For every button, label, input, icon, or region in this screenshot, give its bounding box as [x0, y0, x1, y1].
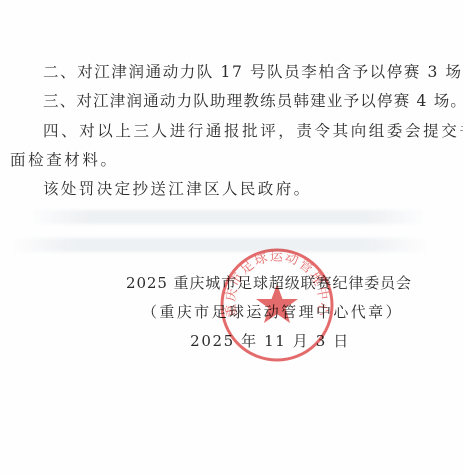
paragraph-suspension-coach: 三、对江津润通动力队助理教练员韩建业予以停赛 4 场。 — [43, 91, 463, 111]
paragraph-suspension-player: 二、对江津润通动力队 17 号队员李柏含予以停赛 3 场。 — [43, 62, 463, 82]
signature-seal-note: （重庆市足球运动管理中心代章） — [140, 302, 405, 322]
paragraph-criticism-cont: 面检查材料。 — [10, 150, 119, 170]
signature-issuer: 2025 重庆城市足球超级联赛纪律委员会 — [124, 273, 414, 293]
paragraph-copy-to: 该处罚决定抄送江津区人民政府。 — [43, 179, 312, 199]
signature-date: 2025 年 11 月 3 日 — [190, 331, 350, 351]
bleed-through-text — [10, 238, 430, 252]
paragraph-criticism: 四、对以上三人进行通报批评，责令其向组委会提交书 — [43, 121, 463, 141]
bleed-through-text — [28, 210, 428, 224]
document-page: 二、对江津润通动力队 17 号队员李柏含予以停赛 3 场。 三、对江津润通动力队… — [0, 0, 463, 475]
